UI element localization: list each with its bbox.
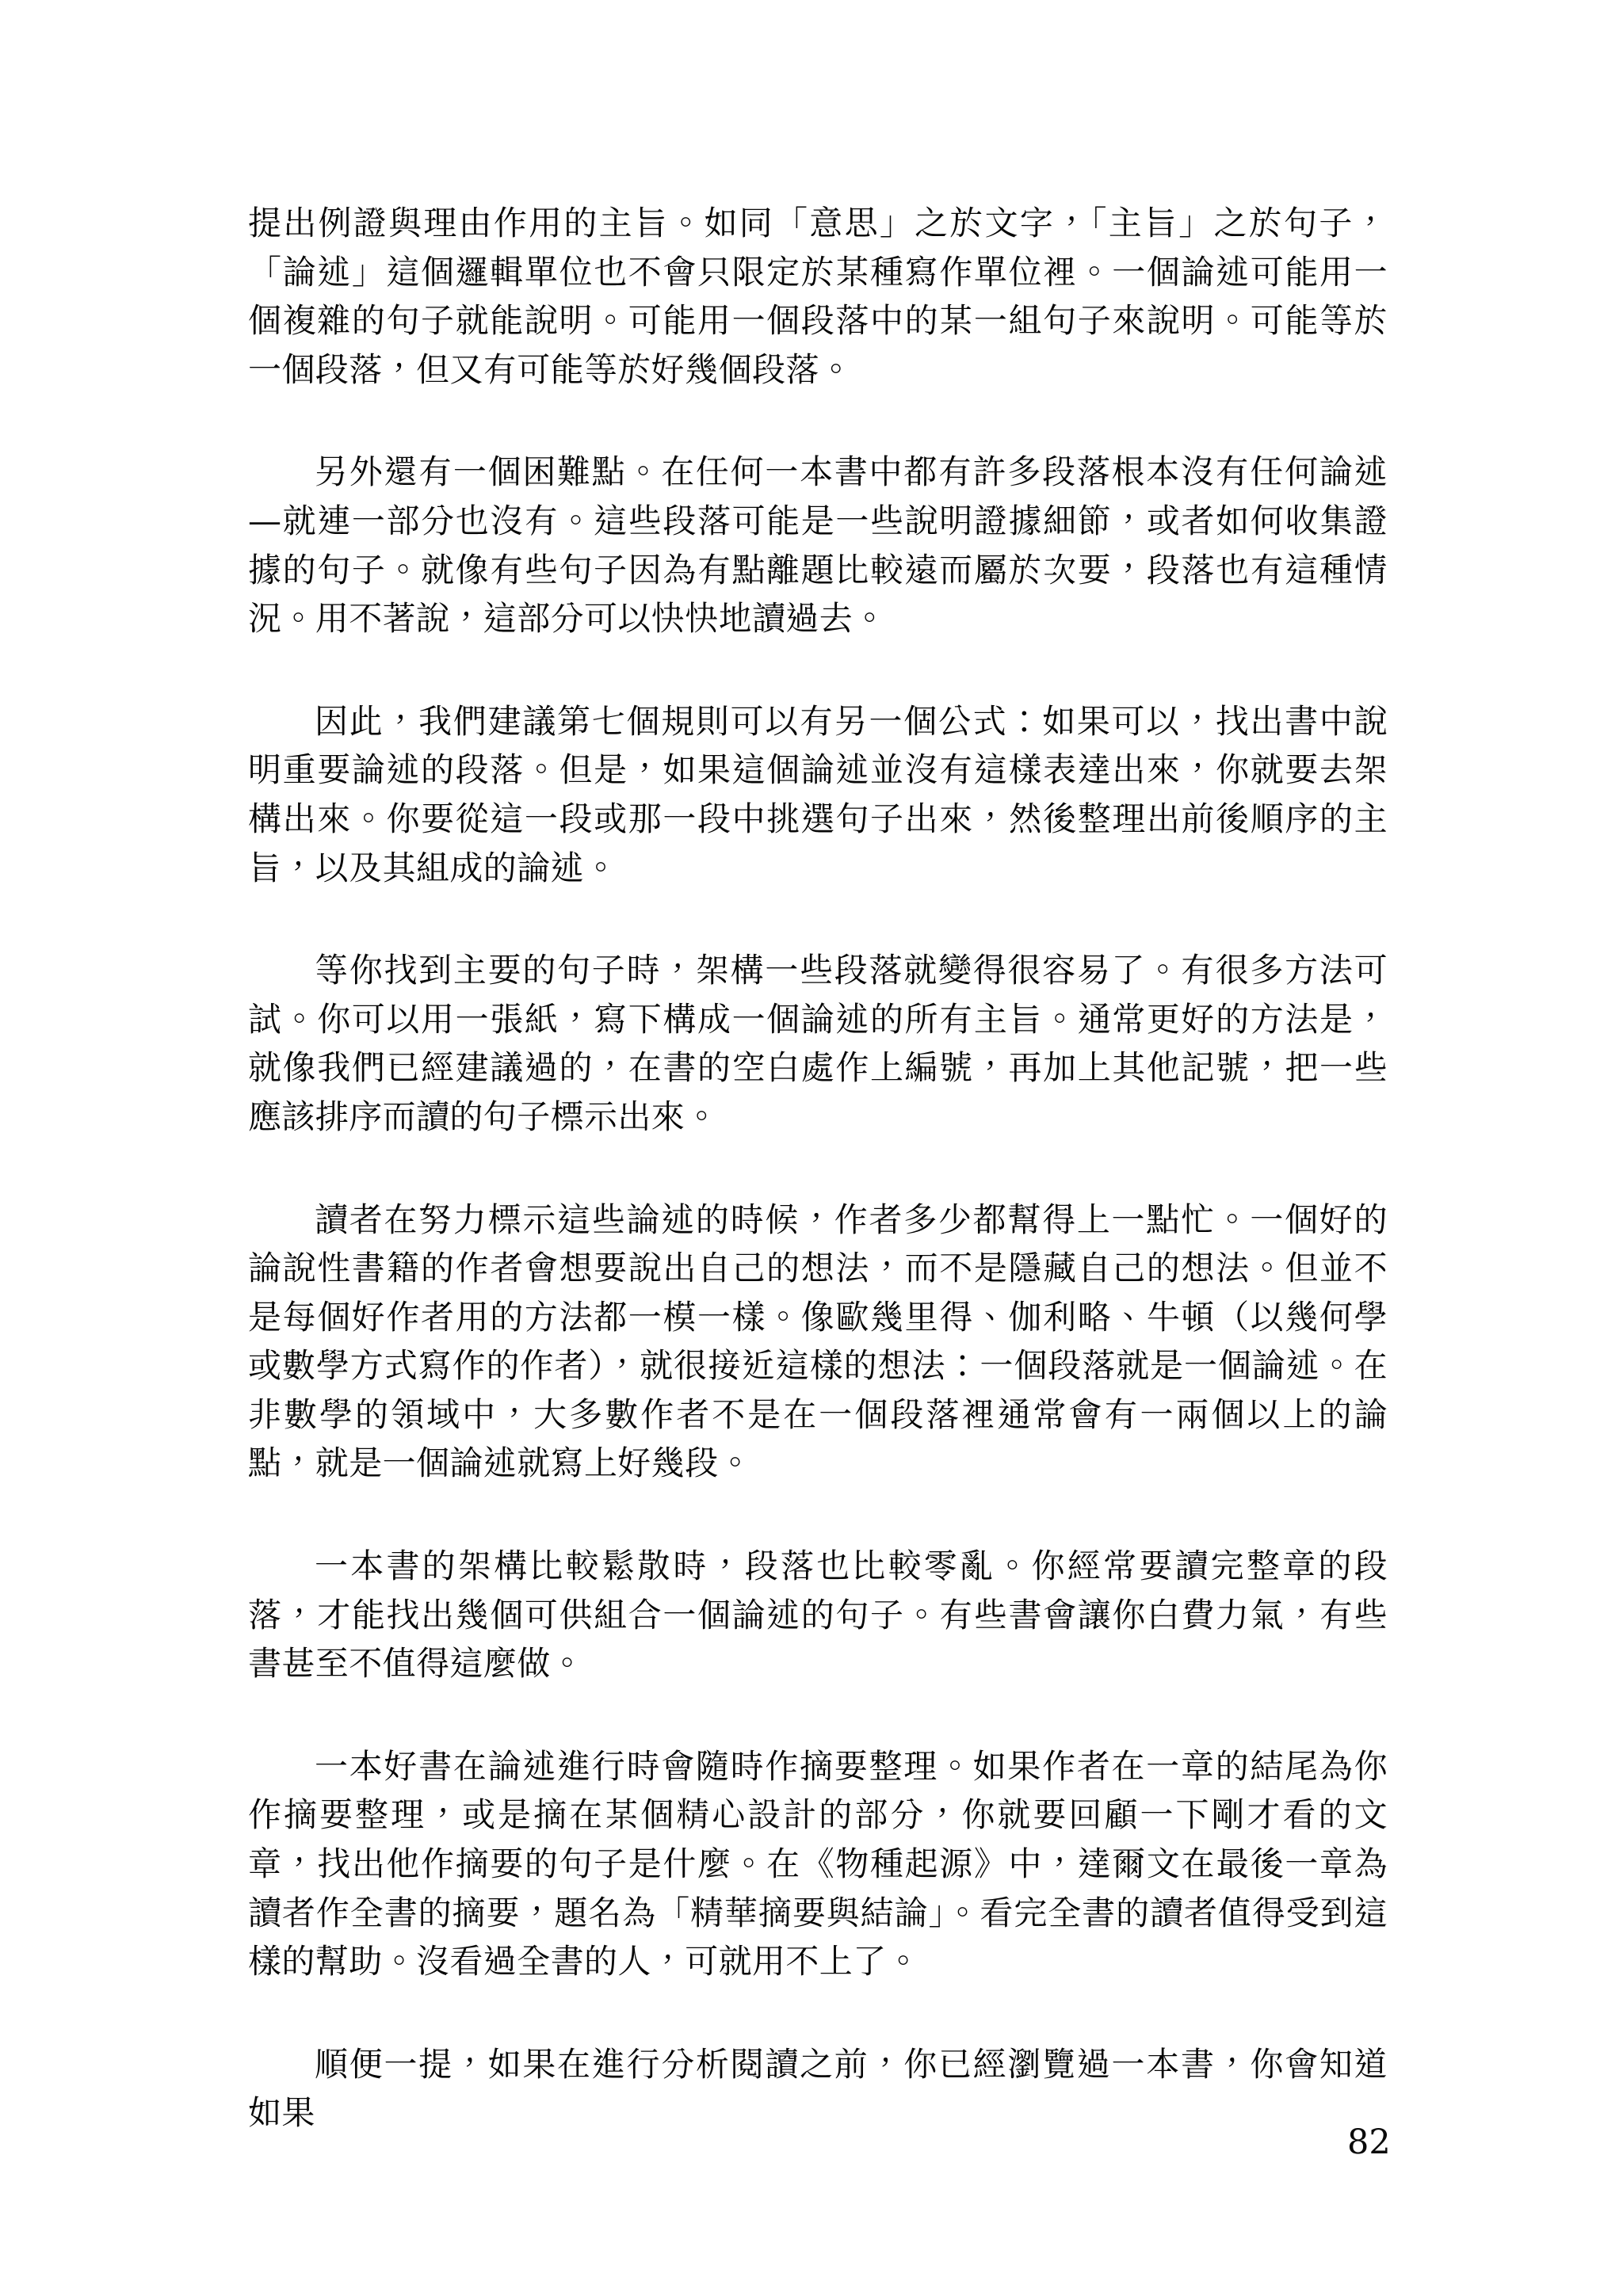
body-paragraph: 等你找到主要的句子時，架構一些段落就變得很容易了。有很多方法可試。你可以用一張紙… bbox=[248, 946, 1388, 1141]
body-paragraph: 另外還有一個困難點。在任何一本書中都有許多段落根本沒有任何論述—就連一部分也沒有… bbox=[248, 448, 1388, 643]
book-page: 提出例證與理由作用的主旨。如同「意思」之於文字，「主旨」之於句子，「論述」這個邏… bbox=[0, 0, 1623, 2296]
text-block: 提出例證與理由作用的主旨。如同「意思」之於文字，「主旨」之於句子，「論述」這個邏… bbox=[248, 199, 1388, 2138]
body-paragraph: 順便一提，如果在進行分析閱讀之前，你已經瀏覽過一本書，你會知道如果 bbox=[248, 2040, 1388, 2138]
body-paragraph: 讀者在努力標示這些論述的時候，作者多少都幫得上一點忙。一個好的論說性書籍的作者會… bbox=[248, 1196, 1388, 1489]
page-number: 82 bbox=[1347, 2124, 1391, 2161]
body-paragraph: 提出例證與理由作用的主旨。如同「意思」之於文字，「主旨」之於句子，「論述」這個邏… bbox=[248, 199, 1388, 394]
body-paragraph: 一本書的架構比較鬆散時，段落也比較零亂。你經常要讀完整章的段落，才能找出幾個可供… bbox=[248, 1542, 1388, 1688]
body-paragraph: 一本好書在論述進行時會隨時作摘要整理。如果作者在一章的結尾為你作摘要整理，或是摘… bbox=[248, 1742, 1388, 1986]
body-paragraph: 因此，我們建議第七個規則可以有另一個公式：如果可以，找出書中說明重要論述的段落。… bbox=[248, 697, 1388, 892]
